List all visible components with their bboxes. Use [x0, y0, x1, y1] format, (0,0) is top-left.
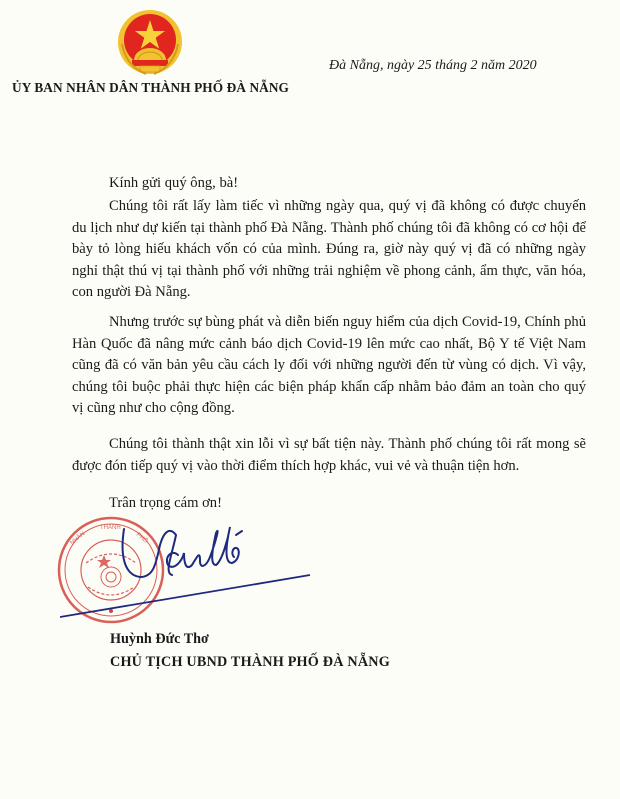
salutation: Kính gửi quý ông, bà!: [72, 173, 586, 195]
letter-page: ỦY BAN NHÂN DÂN THÀNH PHỐ ĐÀ NẴNG Đà Nẵn…: [0, 0, 620, 799]
place-and-date: Đà Nẵng, ngày 25 tháng 2 năm 2020: [329, 58, 537, 74]
issuing-organization: ỦY BAN NHÂN DÂN THÀNH PHỐ ĐÀ NẴNG: [12, 80, 289, 96]
body-paragraph-1: Chúng tôi rất lấy làm tiếc vì những ngày…: [72, 196, 586, 304]
body-paragraph-2: Nhưng trước sự bùng phát và diễn biến ng…: [72, 312, 586, 420]
handwritten-signature-icon: [60, 505, 320, 625]
body-paragraph-3: Chúng tôi thành thật xin lỗi vì sự bất t…: [72, 434, 586, 477]
signer-name: Huỳnh Đức Thơ: [110, 631, 209, 648]
signer-title: CHỦ TỊCH UBND THÀNH PHỐ ĐÀ NẴNG: [110, 654, 390, 671]
national-emblem-icon: [116, 8, 184, 78]
